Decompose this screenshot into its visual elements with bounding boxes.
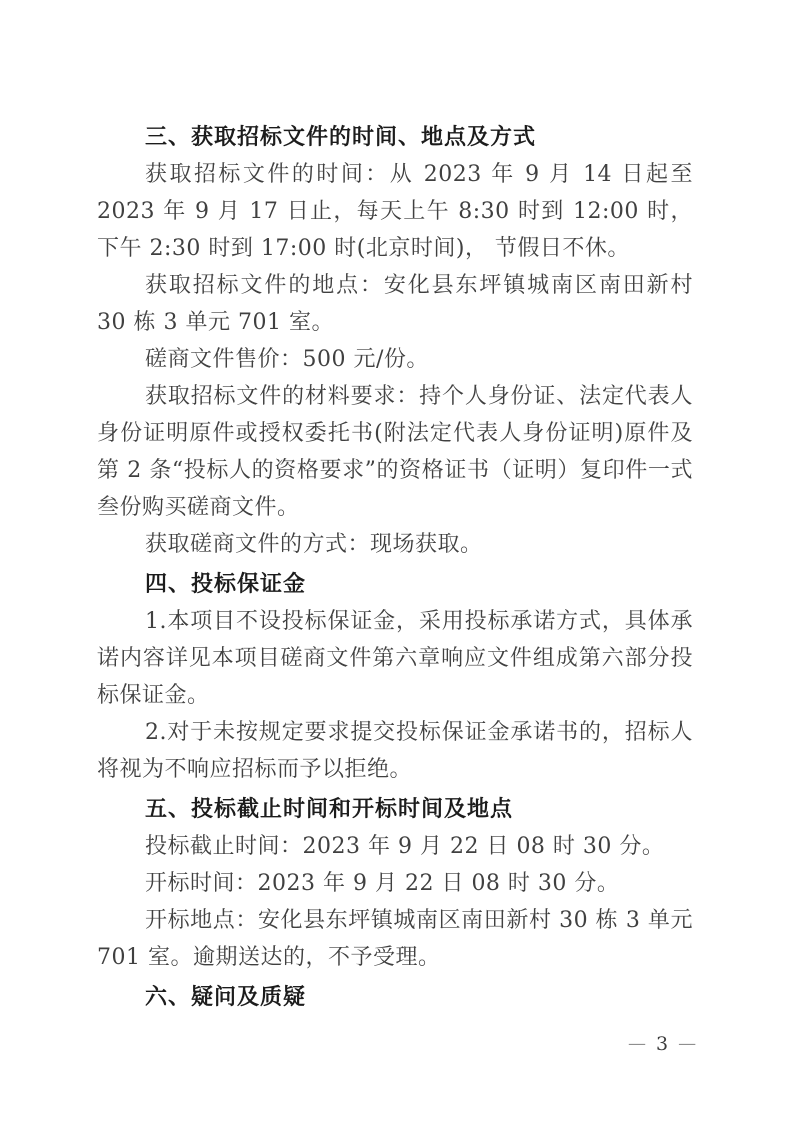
footer-dash-right: — <box>678 1033 696 1055</box>
paragraph: 获取招标文件的材料要求：持个人身份证、法定代表人身份证明原件或授权委托书(附法定… <box>97 378 693 526</box>
section-heading: 四、投标保证金 <box>97 565 693 602</box>
paragraph: 获取招标文件的时间：从 2023 年 9 月 14 日起至 2023 年 9 月… <box>97 156 693 267</box>
footer-page-number: 3 <box>656 1033 668 1055</box>
page-footer: — 3 — <box>628 1033 696 1055</box>
paragraph: 获取磋商文件的方式：现场获取。 <box>97 526 693 563</box>
paragraph: 开标时间：2023 年 9 月 22 日 08 时 30 分。 <box>97 865 693 902</box>
paragraph: 2.对于未按规定要求提交投标保证金承诺书的，招标人将视为不响应招标而予以拒绝。 <box>97 714 693 788</box>
section-heading: 三、获取招标文件的时间、地点及方式 <box>97 118 693 155</box>
section-heading: 六、疑问及质疑 <box>97 978 693 1015</box>
paragraph: 获取招标文件的地点：安化县东坪镇城南区南田新村 30 栋 3 单元 701 室。 <box>97 267 693 341</box>
document-page: 三、获取招标文件的时间、地点及方式获取招标文件的时间：从 2023 年 9 月 … <box>0 0 793 1122</box>
paragraph: 开标地点：安化县东坪镇城南区南田新村 30 栋 3 单元 701 室。逾期送达的… <box>97 902 693 976</box>
paragraph: 磋商文件售价：500 元/份。 <box>97 341 693 378</box>
document-body: 三、获取招标文件的时间、地点及方式获取招标文件的时间：从 2023 年 9 月 … <box>97 116 693 1016</box>
footer-dash-left: — <box>628 1033 646 1055</box>
section-heading: 五、投标截止时间和开标时间及地点 <box>97 790 693 827</box>
paragraph: 1.本项目不设投标保证金，采用投标承诺方式，具体承诺内容详见本项目磋商文件第六章… <box>97 603 693 714</box>
paragraph: 投标截止时间：2023 年 9 月 22 日 08 时 30 分。 <box>97 828 693 865</box>
